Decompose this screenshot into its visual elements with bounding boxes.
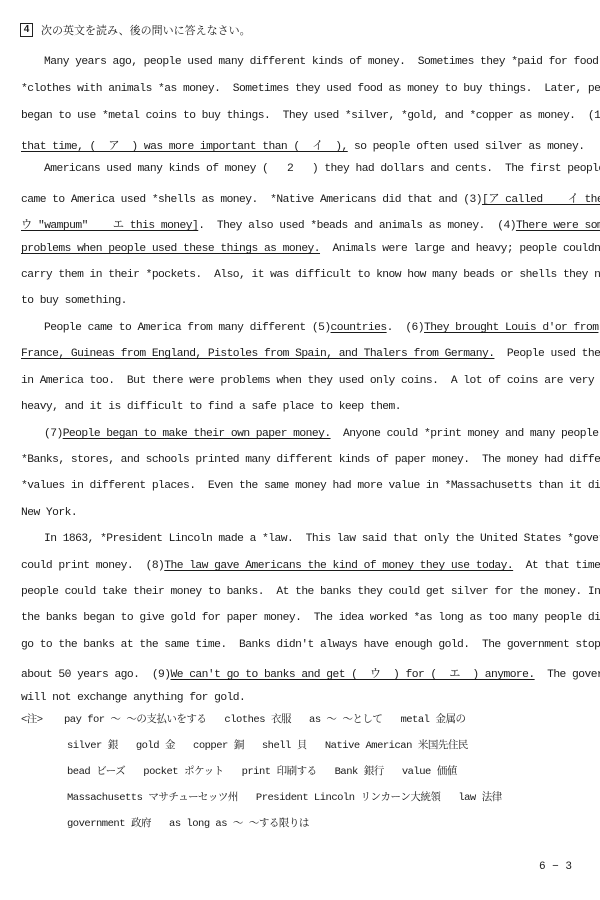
note-gloss: 価値 [437,766,457,778]
note-term: Bank [335,766,358,778]
passage-line: heavy, and it is difficult to find a saf… [21,401,401,413]
note-term: bead [67,766,90,778]
note-term: Native American [325,740,412,752]
notes-row: silver銀gold金copper銅shell貝Native American… [67,737,486,752]
note-term: metal [400,714,429,726]
underlined-text: The law gave Americans the kind of money… [164,560,513,572]
passage-line: carry them in their *pockets. Also, it w… [21,269,600,281]
text-segment: (7) [44,428,63,440]
note-term: pay for ～ [64,714,120,726]
passage-line: France, Guineas from England, Pistoles f… [21,348,600,360]
note-term: print [242,766,271,778]
question-number-box: 4 [20,23,33,37]
passage-line: People came to America from many differe… [44,322,598,334]
passage-line: to buy something. [21,295,127,307]
passage-line: about 50 years ago. (9)We can't go to ba… [21,665,600,681]
text-segment: People came to America from many differe… [44,322,331,334]
note-term: value [402,766,431,778]
passage-line: problems when people used these things a… [21,243,600,255]
text-segment: New York. [21,507,77,519]
text-segment: carry them in their *pockets. Also, it w… [21,269,600,281]
text-segment: people could take their money to banks. … [21,586,600,598]
note-gloss: 法律 [482,792,502,804]
notes-row: pay for ～～の支払いをするclothes衣服as ～～としてmetal金… [64,711,483,726]
text-segment: about 50 years ago. (9) [21,669,171,681]
note-gloss: ～として [342,714,382,726]
question-header: 4 次の英文を読み、後の問いに答えなさい。 [20,22,251,38]
note-term: gold [136,740,159,752]
page-number: 6 − 3 [539,861,572,873]
underlined-text: People began to make their own paper mon… [63,428,331,440]
text-segment: . (6) [387,322,424,334]
note-gloss: 政府 [131,818,151,830]
note-term: silver [67,740,102,752]
notes-row: Massachusettsマサチューセッツ州President Lincolnリ… [67,789,520,804]
note-term: pocket [143,766,178,778]
passage-line: New York. [21,507,77,519]
underlined-text: ウ "wampum" エ this money] [21,220,198,232]
underlined-text: countries [331,322,387,334]
text-segment: go to the banks at the same time. Banks … [21,639,600,651]
text-segment: so people often used silver as money. [348,141,585,153]
note-gloss: ～する限りは [249,818,309,830]
underlined-text: They brought Louis d'or from [424,322,598,334]
note-gloss: 衣服 [271,714,291,726]
note-term: President Lincoln [256,792,355,804]
underlined-text: [ア called イ they [482,194,600,206]
passage-line: (7)People began to make their own paper … [44,428,600,440]
note-term: shell [262,740,291,752]
note-term: clothes [224,714,265,726]
passage-line: In 1863, *President Lincoln made a *law.… [44,533,600,545]
text-segment: to buy something. [21,295,127,307]
exam-page: 4 次の英文を読み、後の問いに答えなさい。 Many years ago, pe… [0,0,600,900]
passage-line: the banks began to give gold for paper m… [21,612,600,624]
passage-line: that time, ( ア ) was more important than… [21,137,584,153]
question-instruction: 次の英文を読み、後の問いに答えなさい。 [41,22,251,38]
note-gloss: 銀 [108,740,118,752]
text-segment: came to America used *shells as money. *… [21,194,482,206]
text-segment: Americans used many kinds of money ( 2 )… [44,163,600,175]
passage-line: began to use *metal coins to buy things.… [21,110,600,122]
note-term: law [458,792,475,804]
underlined-text: We can't go to banks and get ( ウ ) for (… [171,669,535,681]
text-segment: Many years ago, people used many differe… [44,56,600,68]
text-segment: began to use *metal coins to buy things.… [21,110,600,122]
passage-line: go to the banks at the same time. Banks … [21,639,600,651]
text-segment: The government [535,669,600,681]
passage-line: *Banks, stores, and schools printed many… [21,454,600,466]
text-segment: will not exchange anything for gold. [21,692,245,704]
notes-row: beadビーズpocketポケットprint印刷するBank銀行value価値 [67,763,475,778]
text-segment: in America too. But there were problems … [21,375,594,387]
text-segment: Anyone could *print money and many peopl… [331,428,600,440]
underlined-text: that time, ( ア ) was more important than… [21,141,348,153]
text-segment: could print money. (8) [21,560,164,572]
note-gloss: 銀行 [364,766,384,778]
passage-line: Americans used many kinds of money ( 2 )… [44,163,600,175]
text-segment: At that time, [513,560,600,572]
note-term: government [67,818,125,830]
passage-line: came to America used *shells as money. *… [21,190,600,206]
note-term: as ～ [309,714,336,726]
passage-line: *values in different places. Even the sa… [21,480,600,492]
passage-line: people could take their money to banks. … [21,586,600,598]
notes-row: government政府as long as ～～する限りは [67,815,327,830]
notes-label: <注> [21,711,43,726]
passage-line: ウ "wampum" エ this money]. They also used… [21,216,600,232]
note-gloss: ～の支払いをする [126,714,206,726]
note-gloss: 金 [165,740,175,752]
note-gloss: 銅 [234,740,244,752]
underlined-text: There were some [516,220,600,232]
note-gloss: 印刷する [277,766,317,778]
note-gloss: 米国先住民 [418,740,468,752]
underlined-text: problems when people used these things a… [21,243,320,255]
note-term: Massachusetts [67,792,142,804]
text-segment: *clothes with animals *as money. Sometim… [21,83,600,95]
note-gloss: ポケット [184,766,223,778]
passage-line: will not exchange anything for gold. [21,692,245,704]
note-gloss: 金属の [435,714,465,726]
text-segment: *values in different places. Even the sa… [21,480,600,492]
note-gloss: リンカーン大統領 [361,792,441,804]
passage-line: Many years ago, people used many differe… [44,56,600,68]
text-segment: *Banks, stores, and schools printed many… [21,454,600,466]
text-segment: heavy, and it is difficult to find a saf… [21,401,401,413]
note-gloss: マサチューセッツ州 [148,792,237,804]
passage-line: could print money. (8)The law gave Ameri… [21,560,600,572]
text-segment: Animals were large and heavy; people cou… [320,243,600,255]
note-gloss: 貝 [297,740,307,752]
passage-line: in America too. But there were problems … [21,375,594,387]
note-term: copper [193,740,228,752]
text-segment: People used these coins [494,348,600,360]
note-gloss: ビーズ [96,766,125,778]
passage-line: *clothes with animals *as money. Sometim… [21,83,600,95]
note-term: as long as ～ [169,818,243,830]
text-segment: . They also used *beads and animals as m… [198,220,516,232]
underlined-text: France, Guineas from England, Pistoles f… [21,348,494,360]
text-segment: In 1863, *President Lincoln made a *law.… [44,533,600,545]
text-segment: the banks began to give gold for paper m… [21,612,600,624]
